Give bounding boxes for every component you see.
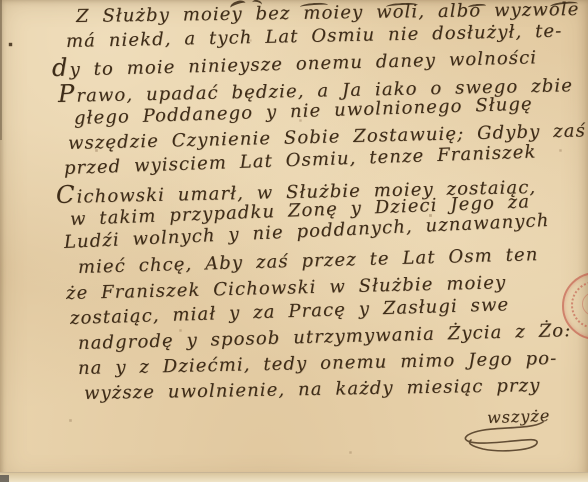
bottom-left-corner-shadow — [0, 475, 9, 482]
manuscript-page: Z Służby moiey bez moiey woli, albo wyzw… — [0, 0, 588, 482]
pen-flourish — [435, 416, 550, 458]
manuscript-line-16: wyższe uwolnienie, na każdy miesiąc przy — [84, 375, 541, 405]
page-bottom-edge — [0, 472, 588, 482]
page-left-edge-shadow — [0, 0, 2, 140]
